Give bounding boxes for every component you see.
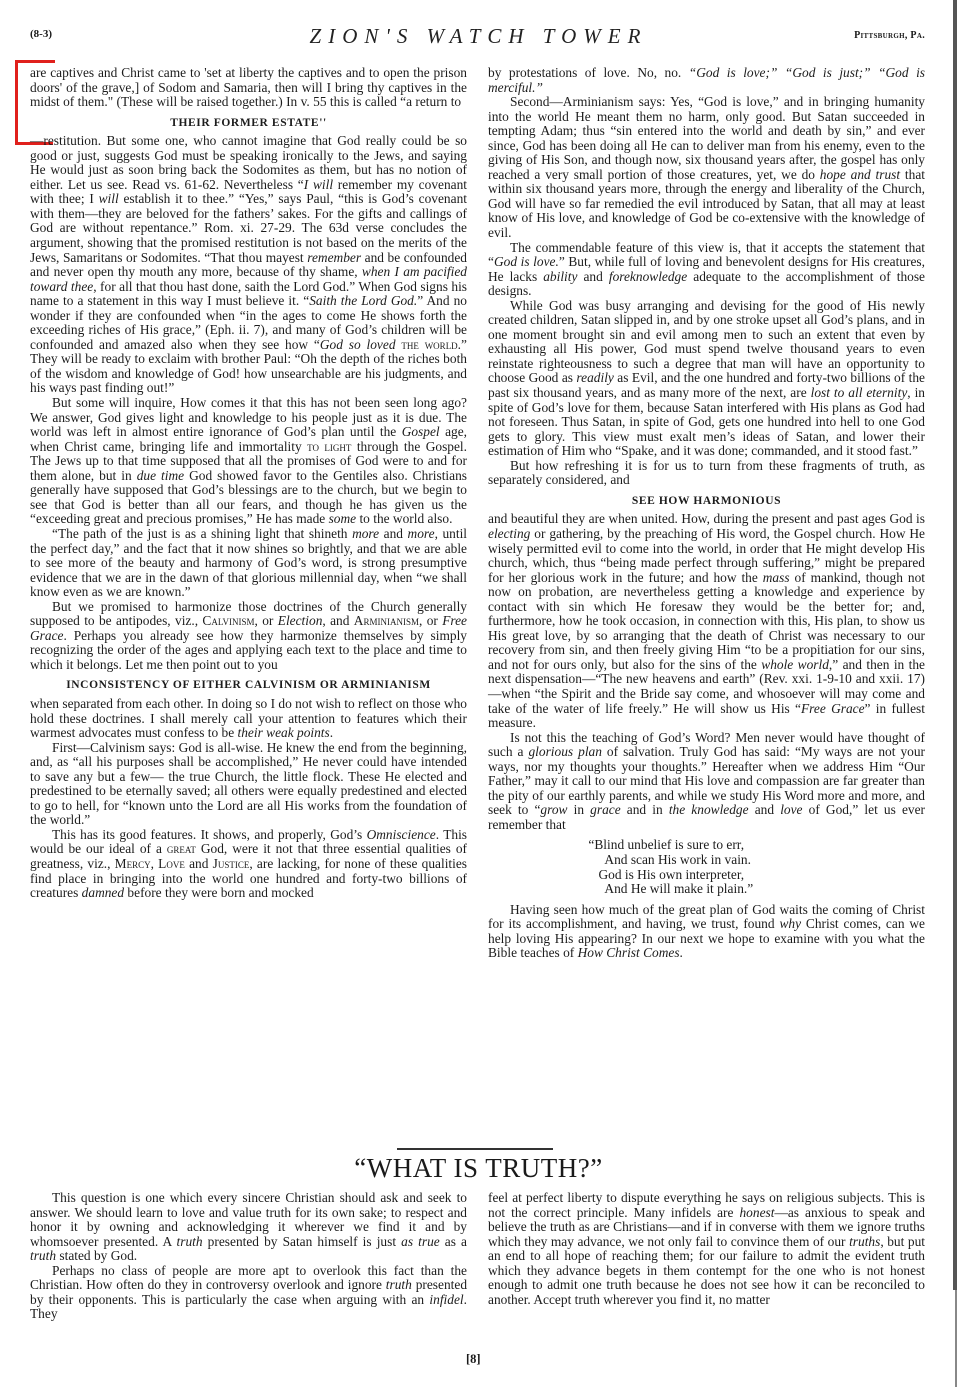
italic-text: lost to all eternity <box>811 385 908 400</box>
article2-right-column: feel at perfect liberty to dispute every… <box>488 1191 925 1307</box>
italic-text: due time <box>137 468 184 483</box>
verse-line: And He will make it plain.” <box>488 882 925 897</box>
italic-text: the knowledge <box>669 802 749 817</box>
italic-text: electing <box>488 526 530 541</box>
text-run: “The path of the just is as a shining li… <box>52 526 352 541</box>
italic-text: honest <box>739 1205 774 1220</box>
paragraph: when separated from each other. In doing… <box>30 697 467 741</box>
italic-text: whole world <box>761 657 829 672</box>
italic-text: God is love. <box>494 254 559 269</box>
highlight-bracket-left <box>15 60 18 145</box>
italic-text: remember <box>307 250 361 265</box>
paragraph: feel at perfect liberty to dispute every… <box>488 1191 925 1307</box>
text-run: and <box>577 269 608 284</box>
italic-text: fore­knowledge <box>609 269 687 284</box>
paragraph: are captives and Christ came to 'set at … <box>30 66 467 110</box>
text-run: First—Calvinism says: God is all-wise. H… <box>30 740 467 828</box>
italic-text: more <box>408 526 435 541</box>
text-run: and in <box>621 802 669 817</box>
italic-text: hope and trust <box>820 167 900 182</box>
italic-text: infidel <box>429 1292 463 1307</box>
italic-text: Saith the Lord God. <box>309 293 417 308</box>
italic-text: Omniscience <box>367 827 436 842</box>
italic-text: love <box>780 802 802 817</box>
text-run: are captives and Christ came to 'set at … <box>30 65 467 109</box>
text-run: and beautiful they are when united. How,… <box>488 511 925 526</box>
italic-text: grace <box>590 802 621 817</box>
small-caps-text: Justice <box>213 856 250 871</box>
verse-line: God is His own interpreter, <box>488 868 925 883</box>
text-run: by protestations of love. No, no. <box>488 65 689 80</box>
verse-quote: “Blind unbelief is sure to err, And scan… <box>488 838 925 896</box>
italic-text: damned <box>82 885 124 900</box>
text-run: This has its good features. It shows, an… <box>52 827 367 842</box>
text-run: . <box>680 945 683 960</box>
small-caps-text: the world. <box>401 337 461 352</box>
paragraph: and beautiful they are when united. How,… <box>488 512 925 730</box>
italic-text: I will <box>304 177 333 192</box>
article1-left-column: are captives and Christ came to 'set at … <box>30 66 467 901</box>
italic-text: their weak points <box>238 725 330 740</box>
italic-text: ability <box>543 269 577 284</box>
text-run: to the world also. <box>356 511 452 526</box>
text-run: and <box>379 526 407 541</box>
italic-text: truth <box>386 1277 412 1292</box>
italic-text: mass <box>763 570 790 585</box>
italic-text: Elec­tion <box>278 613 323 628</box>
paragraph: But how refreshing it is for us to turn … <box>488 459 925 488</box>
italic-text: How Christ Comes <box>578 945 680 960</box>
paragraph: —restitution. But some one, who cannot i… <box>30 134 467 396</box>
paragraph: But we promised to harmonize those doctr… <box>30 600 467 673</box>
italic-text: why <box>779 916 801 931</box>
paragraph: This has its good features. It shows, an… <box>30 828 467 901</box>
paragraph: Is not this the teaching of God’s Word? … <box>488 731 925 833</box>
text-run: But how refreshing it is for us to turn … <box>488 458 925 488</box>
italic-text: Gospel <box>402 424 440 439</box>
small-caps-text: Calvinism <box>202 613 254 628</box>
paragraph: While God was busy arranging and devisin… <box>488 299 925 459</box>
verse-line: “Blind unbelief is sure to err, <box>488 838 925 853</box>
italic-text: readily <box>576 370 613 385</box>
small-caps-text: Love <box>158 856 185 871</box>
text-run: before they were born and mocked <box>124 885 314 900</box>
text-run: as a <box>440 1234 467 1249</box>
paragraph: But some will inquire, How comes it that… <box>30 396 467 527</box>
paragraph: Perhaps no class of people are more apt … <box>30 1264 467 1322</box>
text-run: and <box>185 856 213 871</box>
paragraph: This question is one which every sincere… <box>30 1191 467 1264</box>
text-run: and <box>749 802 781 817</box>
italic-text: Free Grace <box>801 701 865 716</box>
article2-left-column: This question is one which every sincere… <box>30 1191 467 1322</box>
italic-text: more <box>352 526 379 541</box>
paragraph: Having seen how much of the great plan o… <box>488 903 925 961</box>
italic-text: truth <box>30 1248 56 1263</box>
italic-text: will <box>99 191 119 206</box>
italic-text: grow <box>540 802 567 817</box>
section-heading: INCONSISTENCY OF EITHER CALVINISM OR ARM… <box>30 678 467 693</box>
italic-text: truth <box>177 1234 203 1249</box>
text-run: . Perhaps you already see how they harmo… <box>30 628 467 672</box>
section-divider-rule <box>397 1148 553 1150</box>
small-caps-text: to light <box>307 439 351 454</box>
italic-text: God so loved <box>320 337 396 352</box>
paragraph: First—Calvinism says: God is all-wise. H… <box>30 741 467 828</box>
small-caps-text: great <box>167 841 196 856</box>
italic-text: as true <box>401 1234 440 1249</box>
article1-right-column: by protestations of love. No, no. “God i… <box>488 66 925 961</box>
italic-text: some <box>329 511 357 526</box>
section-heading: THEIR FORMER ESTATE'' <box>30 116 467 131</box>
text-run: presented by Satan himself is just <box>203 1234 402 1249</box>
page-number: [8] <box>466 1352 481 1367</box>
scan-edge-shadow <box>953 0 957 1290</box>
text-run: . <box>330 725 333 740</box>
section-heading: SEE HOW HARMONIOUS <box>488 494 925 509</box>
verse-line: And scan His work in vain. <box>488 853 925 868</box>
article2-title: “WHAT IS TRUTH?” <box>0 1153 957 1184</box>
text-run: , and <box>322 613 353 628</box>
text-run: , or <box>255 613 278 628</box>
small-caps-text: Mercy <box>115 856 151 871</box>
publication-location: Pittsburgh, Pa. <box>854 30 925 41</box>
paragraph: The commendable feature of this view is,… <box>488 241 925 299</box>
paragraph: by protestations of love. No, no. “God i… <box>488 66 925 95</box>
text-run: , or <box>419 613 442 628</box>
italic-text: truths <box>849 1234 880 1249</box>
paragraph: “The path of the just is as a shining li… <box>30 527 467 600</box>
text-run: stated by God. <box>56 1248 137 1263</box>
small-caps-text: Arminianism <box>354 613 419 628</box>
text-run: in <box>567 802 590 817</box>
publication-title: ZION'S WATCH TOWER <box>0 24 957 49</box>
paragraph: Second—Arminianism says: Yes, “God is lo… <box>488 95 925 240</box>
scanned-page: (8-3) ZION'S WATCH TOWER Pittsburgh, Pa.… <box>0 0 957 1387</box>
italic-text: glorious plan <box>528 744 601 759</box>
highlight-bracket-top <box>15 60 55 63</box>
